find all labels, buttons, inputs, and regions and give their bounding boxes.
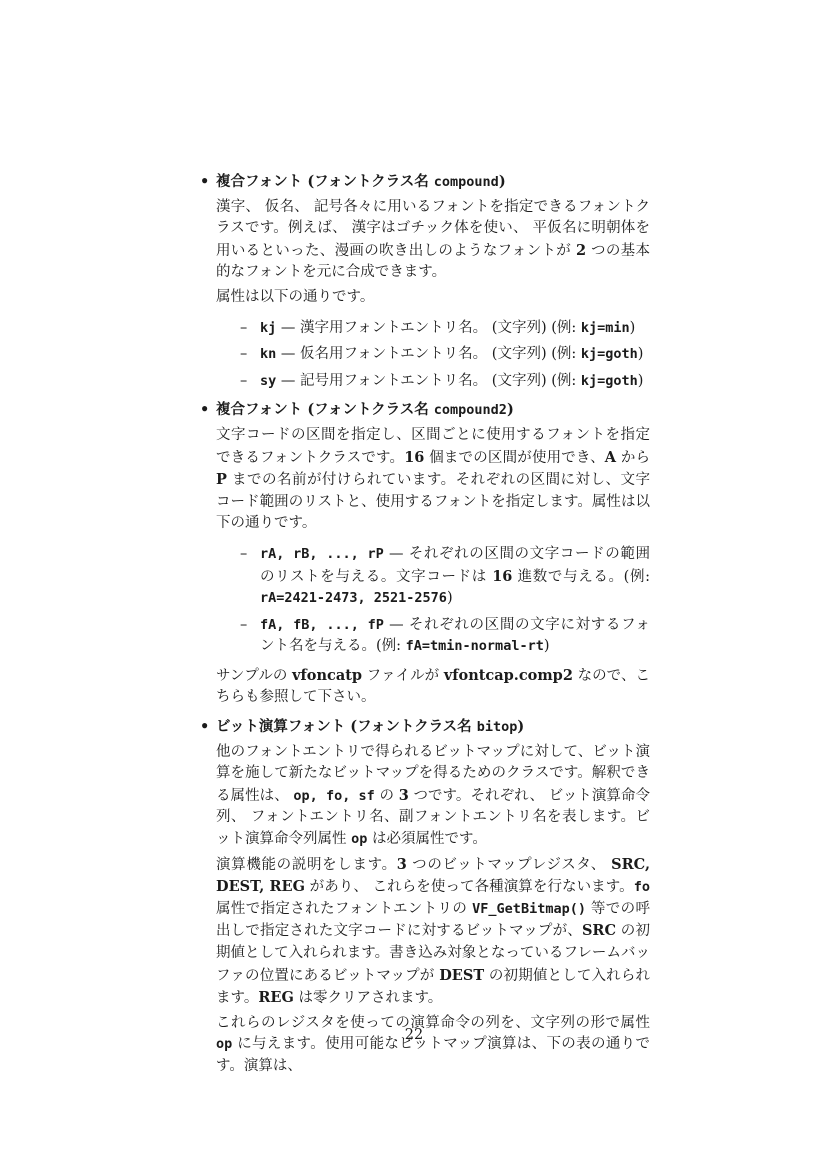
paragraph-compound-attrs: 属性は以下の通りです。: [216, 287, 650, 309]
text-segment: — 仮名用フォントエントリ名。 (文字列) (例:: [276, 346, 581, 362]
text-segment: ): [499, 173, 506, 190]
text-segment: から: [616, 450, 650, 466]
text-segment: fo: [634, 879, 650, 895]
list-item-ra-rp: – rA, rB, ..., rP — それぞれの区間の文字コードの範囲のリスト…: [260, 544, 650, 610]
text-segment: SRC: [582, 922, 616, 939]
text-segment: bitop: [477, 719, 518, 735]
dash-icon: –: [240, 544, 247, 566]
text-segment: ): [638, 373, 644, 389]
text-segment: ): [630, 320, 636, 336]
text-segment: fA, fB, ..., fP: [260, 617, 384, 633]
text-segment: ): [638, 346, 644, 362]
text-segment: 2: [576, 242, 586, 259]
text-segment: A: [605, 449, 616, 466]
list-item-kj: – kj — 漢字用フォントエントリ名。 (文字列) (例: kj=min): [260, 318, 650, 340]
paragraph-compound2-intro: 文字コードの区間を指定し、区間ごとに使用するフォントを指定できるフォントクラスで…: [216, 425, 650, 535]
text-segment: kn: [260, 346, 276, 362]
text-segment: compound2: [434, 402, 507, 418]
section-title-text: 複合フォント (フォントクラス名 compound): [216, 173, 506, 190]
list-item-text: rA, rB, ..., rP — それぞれの区間の文字コードの範囲のリストを与…: [260, 546, 650, 606]
text-segment: ): [517, 718, 524, 735]
bullet-icon: •: [200, 399, 209, 421]
section-compound2: • 複合フォント (フォントクラス名 compound2) 文字コードの区間を指…: [216, 399, 650, 709]
text-segment: 複合フォント (フォントクラス名: [216, 173, 434, 190]
paragraph-bitop-intro: 他のフォントエントリで得られるビットマップに対して、ビット演算を施して新たなビッ…: [216, 742, 650, 851]
paragraph-compound2-sample: サンプルの vfoncatp ファイルが vfontcap.comp2 なので、…: [216, 665, 650, 709]
text-segment: — 記号用フォントエントリ名。 (文字列) (例:: [276, 373, 581, 389]
text-segment: op: [351, 831, 367, 847]
paragraph-bitop-registers: 演算機能の説明をします。3 つのビットマップレジスタ、 SRC, DEST, R…: [216, 854, 650, 1010]
bullet-icon: •: [200, 171, 209, 193]
list-item-text: fA, fB, ..., fP — それぞれの区間の文字に対するフォント名を与え…: [260, 617, 650, 655]
text-segment: ファイルが: [362, 668, 444, 684]
attribute-list-compound: – kj — 漢字用フォントエントリ名。 (文字列) (例: kj=min) –…: [216, 318, 650, 393]
text-segment: rA=2421-2473, 2521-2576: [260, 590, 447, 606]
text-segment: があり、 これらを使って各種演算を行ないます。: [305, 879, 634, 895]
text-segment: kj=min: [581, 320, 630, 336]
text-segment: kj=goth: [581, 346, 638, 362]
text-segment: 進数で与える。(例:: [512, 569, 650, 585]
text-segment: vfontcap.comp2: [444, 667, 573, 684]
text-segment: — 漢字用フォントエントリ名。 (文字列) (例:: [276, 320, 581, 336]
attribute-list-compound2: – rA, rB, ..., rP — それぞれの区間の文字コードの範囲のリスト…: [216, 544, 650, 658]
text-segment: DEST: [439, 967, 484, 984]
text-segment: ): [544, 638, 550, 654]
text-segment: 3: [397, 856, 407, 873]
bullet-icon: •: [200, 716, 209, 738]
list-item-fa-fp: – fA, fB, ..., fP — それぞれの区間の文字に対するフォント名を…: [260, 615, 650, 658]
text-segment: 属性は以下の通りです。: [216, 289, 374, 305]
text-segment: sy: [260, 373, 276, 389]
text-segment: ): [447, 590, 453, 606]
text-segment: P: [216, 471, 227, 488]
document-page: • 複合フォント (フォントクラス名 compound) 漢字、 仮名、 記号各…: [0, 0, 828, 1171]
page-number: 22: [0, 1027, 828, 1043]
text-segment: 16: [492, 568, 512, 585]
section-bitop: • ビット演算フォント (フォントクラス名 bitop) 他のフォントエントリで…: [216, 716, 650, 1078]
text-segment: 3: [399, 787, 409, 804]
text-segment: 16: [404, 449, 424, 466]
section-title-text: 複合フォント (フォントクラス名 compound2): [216, 401, 514, 418]
dash-icon: –: [240, 371, 247, 393]
dash-icon: –: [240, 344, 247, 366]
text-segment: REG: [258, 989, 294, 1006]
text-segment: は必須属性です。: [367, 831, 486, 847]
text-segment: の: [375, 788, 399, 804]
text-segment: 複合フォント (フォントクラス名: [216, 401, 434, 418]
text-segment: 個までの区間が使用でき、: [424, 450, 604, 466]
list-item-text: kn — 仮名用フォントエントリ名。 (文字列) (例: kj=goth): [260, 346, 643, 362]
text-segment: kj=goth: [581, 373, 638, 389]
text-segment: vfoncatp: [292, 667, 362, 684]
text-segment: op, fo, sf: [293, 788, 374, 804]
paragraph-bitop-op: これらのレジスタを使っての演算命令の列を、文字列の形で属性 op に与えます。使…: [216, 1013, 650, 1078]
text-segment: rA, rB, ..., rP: [260, 546, 384, 562]
section-compound: • 複合フォント (フォントクラス名 compound) 漢字、 仮名、 記号各…: [216, 171, 650, 392]
text-segment: 属性で指定されたフォントエントリの: [216, 901, 472, 917]
list-item-sy: – sy — 記号用フォントエントリ名。 (文字列) (例: kj=goth): [260, 371, 650, 393]
list-item-text: kj — 漢字用フォントエントリ名。 (文字列) (例: kj=min): [260, 320, 635, 336]
section-heading-bitop: • ビット演算フォント (フォントクラス名 bitop): [216, 716, 650, 739]
dash-icon: –: [240, 318, 247, 340]
section-title-text: ビット演算フォント (フォントクラス名 bitop): [216, 718, 524, 735]
text-segment: つのビットマップレジスタ、: [407, 857, 611, 873]
text-segment: compound: [434, 174, 499, 190]
paragraph-compound-intro: 漢字、 仮名、 記号各々に用いるフォントを指定できるフォントクラスです。例えば、…: [216, 197, 650, 284]
text-segment: kj: [260, 320, 276, 336]
text-segment: までの名前が付けられています。それぞれの区間に対し、文字コード範囲のリストと、使…: [216, 472, 650, 531]
section-heading-compound: • 複合フォント (フォントクラス名 compound): [216, 171, 650, 194]
dash-icon: –: [240, 615, 247, 637]
text-segment: ): [507, 401, 514, 418]
text-segment: は零クリアされます。: [294, 990, 442, 1006]
text-segment: サンプルの: [216, 668, 292, 684]
section-heading-compound2: • 複合フォント (フォントクラス名 compound2): [216, 399, 650, 422]
list-item-kn: – kn — 仮名用フォントエントリ名。 (文字列) (例: kj=goth): [260, 344, 650, 366]
list-item-text: sy — 記号用フォントエントリ名。 (文字列) (例: kj=goth): [260, 373, 643, 389]
text-segment: 演算機能の説明をします。: [216, 857, 397, 873]
text-segment: ビット演算フォント (フォントクラス名: [216, 718, 477, 735]
page-content: • 複合フォント (フォントクラス名 compound) 漢字、 仮名、 記号各…: [216, 171, 650, 1078]
text-segment: VF_GetBitmap(): [472, 901, 586, 917]
text-segment: fA=tmin-normal-rt: [406, 638, 544, 654]
